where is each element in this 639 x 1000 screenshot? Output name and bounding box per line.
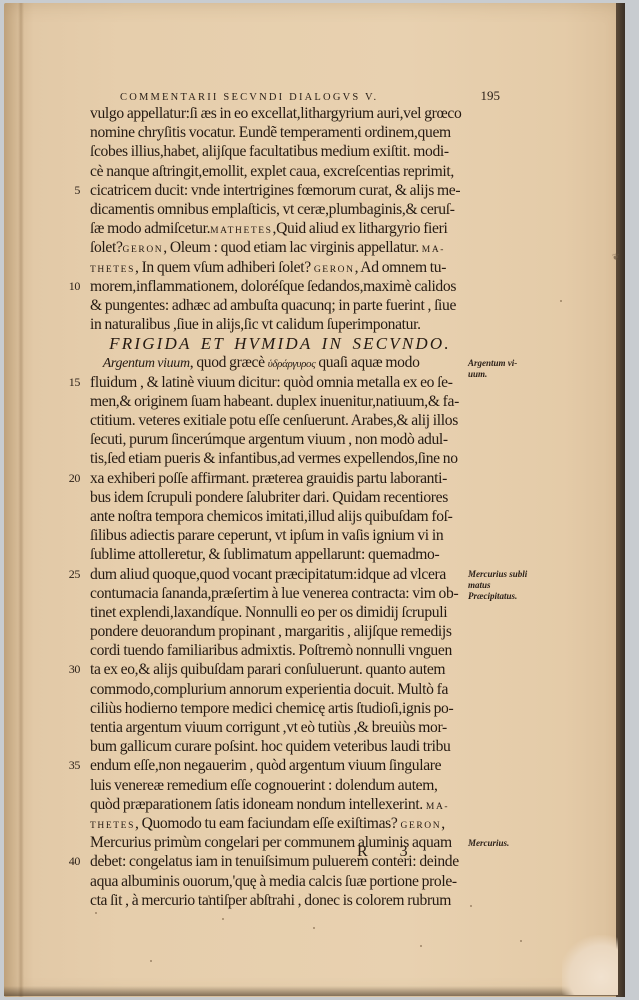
paper-speck [222,918,224,920]
text-segment: ctitium. veteres exitiale potu eſſe cenſ… [90,412,458,429]
text-line: bus idem ſcrupuli pondere ſalubriter dar… [90,488,470,507]
text-line: ſublime attolleretur, & ſublimatum appel… [90,545,470,564]
greek-word: ὑδράργυρος [268,358,316,370]
paper-speck [470,905,472,907]
text-segment: pondere deuorandum propinant , margariti… [90,623,452,640]
text-line: ciliùs hodierno tempore medici chemicę a… [90,699,470,718]
text-segment: , Quomodo tu eam faciundam eſſe exiſtima… [135,815,401,832]
text-segment: ta ex eo,& alijs quibuſdam parari conſul… [90,661,445,678]
line-number: 15 [58,373,80,392]
text-segment: & pungentes: adhæc ad ambuſta quacunq; i… [90,297,456,314]
body-text: vulgo appellatur:ſi æs in eo excellat,li… [90,104,470,910]
text-segment: ſilibus adiectis parare ceperunt, vt ipſ… [90,527,443,544]
line-number: 40 [58,852,80,871]
paper-speck [380,880,382,882]
term-italic: Argentum viuum [103,356,190,371]
speaker-name: Geron [401,821,442,831]
text-segment: dicamentis omnibus emplaſticis, vt ceræ,… [90,201,455,218]
text-line: tinet explendi,laxandíque. Nonnulli eo p… [90,603,470,622]
text-segment: dum aliud quoque,quod vocant præcipitatu… [90,566,446,583]
text-segment: bum gallicum curare poſsint. hoc quidem … [90,738,451,755]
page-corner-wear [562,935,618,995]
text-line: vulgo appellatur:ſi æs in eo excellat,li… [90,104,470,123]
text-line: thetes, Quomodo tu eam faciundam eſſe ex… [90,814,470,833]
text-line: ſolet?Geron, Oleum : quod etiam lac virg… [90,238,470,257]
text-segment: quòd præparationem ſatis idoneam nondum … [90,796,426,813]
line-number: 10 [58,277,80,296]
margin-note: Mercurius subli matus Præcipitatus. [468,569,548,602]
paper-speck [208,895,210,897]
paper-speck [520,940,522,942]
text-segment: tentia argentum viuum corrigunt ,vt eò t… [90,719,447,736]
paper-speck [420,945,422,947]
paper-speck [560,300,562,302]
folio-number: 195 [481,88,501,104]
text-segment: in naturalibus ,ſiue in alijs,ſic vt cal… [90,316,421,333]
text-segment: , In quem vſum adhiberi ſolet? [135,259,314,276]
text-segment: ,Quid aliud ex lithargyrio fieri [273,220,448,237]
text-segment: ſublime attolleretur, & ſublimatum appel… [90,546,439,563]
text-segment: fluidum , & latinè viuum dicitur: quòd o… [90,374,453,391]
paper-speck [95,912,97,914]
text-segment: ſolet? [90,239,123,256]
text-line: cordi tuendo familiaribus admixtis. Poſt… [90,641,470,660]
text-line: quòd præparationem ſatis idoneam nondum … [90,795,470,814]
text-segment: cordi tuendo familiaribus admixtis. Poſt… [90,642,452,659]
text-segment: vulgo appellatur:ſi æs in eo excellat,li… [90,105,461,122]
text-line: fluidum , & latinè viuum dicitur: quòd o… [90,373,470,392]
text-segment: cè nanque aſtringit,emollit, explet caua… [90,163,454,180]
text-line: dicamentis omnibus emplaſticis, vt ceræ,… [90,200,470,219]
text-line: men,& originem ſuam habeant. duplex inue… [90,392,470,411]
signature-mark: R 3 [357,843,422,861]
text-segment: bus idem ſcrupuli pondere ſalubriter dar… [90,489,448,506]
text-line: thetes, In quem vſum adhiberi ſolet? Ger… [90,258,470,277]
paper-speck [150,960,152,962]
text-segment: xa exhiberi poſſe affirmant. præterea gr… [90,470,447,487]
speaker-name: Mathetes [210,226,272,236]
text-segment: aqua albuminis ouorum,'quę à media calci… [90,873,457,890]
text-line: ſæ modo admiſcetur.Mathetes,Quid aliud e… [90,219,470,238]
speaker-name: Geron [314,265,355,275]
text-line: & pungentes: adhæc ad ambuſta quacunq; i… [90,296,470,315]
text-segment: ciliùs hodierno tempore medici chemicę a… [90,700,453,717]
ink-smudge: ❦ [612,252,620,263]
text-line: morem,inflammationem, doloréſque ſedando… [90,277,470,296]
text-line: ſcobes illius,habet, alijſque facultatib… [90,142,470,161]
text-line: tis,ſed etiam pueris & infantibus,ad ver… [90,449,470,468]
speaker-name: Geron [123,245,164,255]
text-line: cta ſit , à mercurio tantiſper abſtrahi … [90,891,470,910]
text-line: bum gallicum curare poſsint. hoc quidem … [90,737,470,756]
speaker-name: Ma- [422,245,445,255]
section-heading: FRIGIDA ET HVMIDA IN SECVNDO. [90,334,470,353]
text-segment: tis,ſed etiam pueris & infantibus,ad ver… [90,450,458,467]
text-segment: ſcobes illius,habet, alijſque facultatib… [90,143,449,160]
running-head-title: COMMENTARII SECVNDI DIALOGVS V. [120,92,378,103]
speaker-name: thetes [90,821,135,831]
text-line: ſilibus adiectis parare ceperunt, vt ipſ… [90,526,470,545]
text-segment: men,& originem ſuam habeant. duplex inue… [90,393,459,410]
text-segment: ſecuti, purum ſincerúmque argentum viuum… [90,431,448,448]
text-line: commodo,complurium annorum experientia d… [90,680,470,699]
paper-speck [313,927,315,929]
text-segment: quaſi aquæ modo [315,354,419,371]
text-segment: ſæ modo admiſcetur. [90,220,210,237]
text-segment: nomine chryſitis vocatur. Eundẽ temperam… [90,124,451,141]
text-segment: commodo,complurium annorum experientia d… [90,681,448,698]
line-number: 25 [58,565,80,584]
text-segment [90,354,103,371]
book-edge [616,3,625,997]
text-segment: ante noſtra tempora chemicos imitati,ill… [90,508,452,525]
text-segment: luis venereæ remedium eſſe cognouerint :… [90,777,438,794]
margin-note: Mercurius. [468,838,548,849]
text-line: pondere deuorandum propinant , margariti… [90,622,470,641]
text-line: endum eſſe,non negauerim , quòd argentum… [90,756,470,775]
running-head: COMMENTARII SECVNDI DIALOGVS V. 195 [120,88,500,104]
text-segment: morem,inflammationem, doloréſque ſedando… [90,278,456,295]
text-line: cicatricem ducit: vnde intertrigines fœm… [90,181,470,200]
text-line: dum aliud quoque,quod vocant præcipitatu… [90,565,470,584]
text-line: cè nanque aſtringit,emollit, explet caua… [90,162,470,181]
text-segment: , quod græcè [190,354,268,371]
text-line: aqua albuminis ouorum,'quę à media calci… [90,872,470,891]
text-segment: tinet explendi,laxandíque. Nonnulli eo p… [90,604,447,621]
page-bottom-edge [4,986,616,996]
line-number: 30 [58,660,80,679]
text-line: in naturalibus ,ſiue in alijs,ſic vt cal… [90,315,470,334]
line-number: 35 [58,756,80,775]
text-segment: contumacia ſananda,præſertim à lue vener… [90,585,458,602]
text-segment: cta ſit , à mercurio tantiſper abſtrahi … [90,892,451,909]
text-line: xa exhiberi poſſe affirmant. præterea gr… [90,469,470,488]
text-segment: , Oleum : quod etiam lac virginis appell… [163,239,422,256]
text-line: ante noſtra tempora chemicos imitati,ill… [90,507,470,526]
text-line: ſecuti, purum ſincerúmque argentum viuum… [90,430,470,449]
speaker-name: thetes [90,265,135,275]
margin-note: Argentum vi- uum. [468,358,548,380]
line-number: 20 [58,469,80,488]
text-segment: FRIGIDA ET HVMIDA IN SECVNDO. [109,334,451,353]
text-line: tentia argentum viuum corrigunt ,vt eò t… [90,718,470,737]
text-segment: cicatricem ducit: vnde intertrigines fœm… [90,182,460,199]
text-line: Argentum viuum, quod græcè ὑδράργυρος qu… [90,353,470,372]
text-line: luis venereæ remedium eſſe cognouerint :… [90,776,470,795]
text-line: ta ex eo,& alijs quibuſdam parari conſul… [90,660,470,679]
line-number: 5 [58,181,80,200]
text-segment: , [441,815,445,832]
text-segment: endum eſſe,non negauerim , quòd argentum… [90,757,441,774]
speaker-name: Ma- [426,802,449,812]
text-segment: , Ad omnem tu- [355,259,447,276]
text-line: contumacia ſananda,præſertim à lue vener… [90,584,470,603]
text-line: nomine chryſitis vocatur. Eundẽ temperam… [90,123,470,142]
text-line: ctitium. veteres exitiale potu eſſe cenſ… [90,411,470,430]
gutter-shadow [18,3,24,997]
